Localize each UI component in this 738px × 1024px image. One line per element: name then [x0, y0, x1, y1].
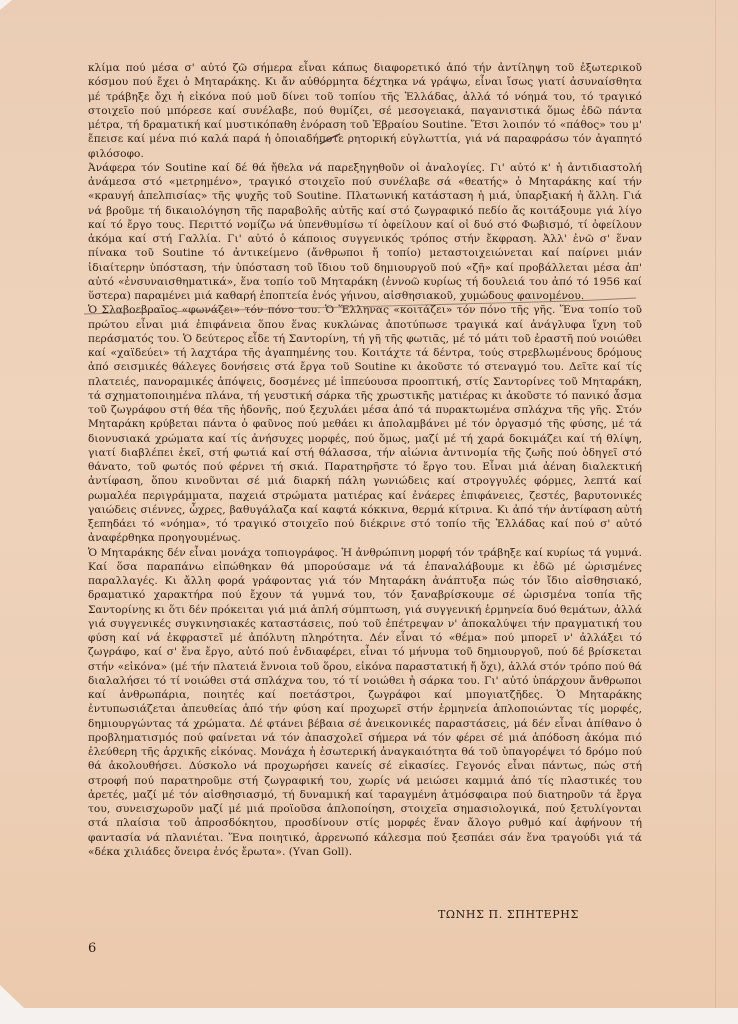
scanned-page: κλίμα πού μέσα σ' αὐτό ζῶ σήμερα εἶναι κ…	[0, 0, 738, 1008]
paragraph-3: Ὁ Σλαβοεβραῖος «φωνάζει» τόν πόνο του. Ὁ…	[88, 303, 642, 545]
page-number: 6	[88, 941, 96, 956]
author-signature: ΤΩΝΗΣ Π. ΣΠΗΤΕΡΗΣ	[438, 908, 579, 921]
paragraph-1: κλίμα πού μέσα σ' αὐτό ζῶ σήμερα εἶναι κ…	[88, 61, 642, 161]
paragraph-2: Ἀνάφερα τόν Soutine καί δέ θά ἤθελα νά π…	[88, 161, 642, 304]
article-body: κλίμα πού μέσα σ' αὐτό ζῶ σήμερα εἶναι κ…	[88, 61, 642, 859]
paragraph-4: Ὁ Μηταράκης δέν εἶναι μονάχα τοπιογράφος…	[88, 546, 642, 860]
